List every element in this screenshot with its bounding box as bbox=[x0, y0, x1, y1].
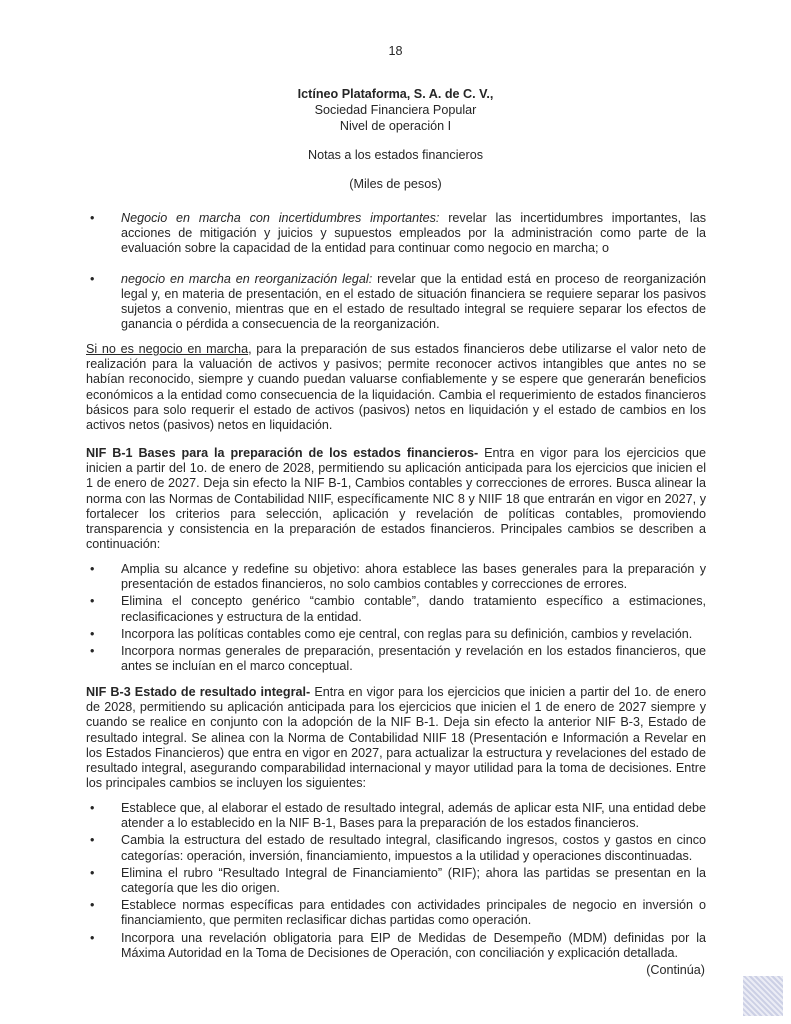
list-item: •Incorpora las políticas contables como … bbox=[86, 627, 706, 642]
list-item: •Incorpora normas generales de preparaci… bbox=[86, 644, 706, 674]
list-item: •Establece normas específicas para entid… bbox=[86, 898, 706, 928]
nif-b3-changes-list: •Establece que, al elaborar el estado de… bbox=[86, 801, 706, 963]
qr-code-icon bbox=[743, 976, 783, 1016]
item-text: Incorpora las políticas contables como e… bbox=[121, 627, 692, 641]
item-heading: Negocio en marcha con incertidumbres imp… bbox=[121, 211, 439, 225]
not-going-concern-paragraph: Si no es negocio en marcha, para la prep… bbox=[86, 342, 706, 433]
item-heading: negocio en marcha en reorganización lega… bbox=[121, 272, 372, 286]
units-label: (Miles de pesos) bbox=[0, 176, 791, 192]
paragraph-text: Entra en vigor para los ejercicios que i… bbox=[86, 685, 706, 790]
bullet-icon: • bbox=[90, 833, 94, 848]
company-type: Sociedad Financiera Popular bbox=[0, 102, 791, 118]
document-page: 18 Ictíneo Plataforma, S. A. de C. V., S… bbox=[0, 0, 791, 1024]
nif-b1-paragraph: NIF B-1 Bases para la preparación de los… bbox=[86, 446, 706, 552]
section-heading: NIF B-1 Bases para la preparación de los… bbox=[86, 446, 478, 460]
item-text: Establece normas específicas para entida… bbox=[121, 898, 706, 927]
bullet-icon: • bbox=[90, 594, 94, 609]
bullet-icon: • bbox=[90, 562, 94, 577]
bullet-icon: • bbox=[90, 272, 94, 287]
item-text: Amplia su alcance y redefine su objetivo… bbox=[121, 562, 706, 591]
list-item: • negocio en marcha en reorganización le… bbox=[86, 272, 706, 333]
list-item: •Cambia la estructura del estado de resu… bbox=[86, 833, 706, 863]
bullet-icon: • bbox=[90, 898, 94, 913]
company-name: Ictíneo Plataforma, S. A. de C. V., bbox=[0, 86, 791, 102]
going-concern-list: • Negocio en marcha con incertidumbres i… bbox=[86, 211, 706, 347]
bullet-icon: • bbox=[90, 866, 94, 881]
bullet-icon: • bbox=[90, 644, 94, 659]
list-item: • Negocio en marcha con incertidumbres i… bbox=[86, 211, 706, 257]
item-text: Elimina el concepto genérico “cambio con… bbox=[121, 594, 706, 623]
item-text: Incorpora normas generales de preparació… bbox=[121, 644, 706, 673]
page-number: 18 bbox=[0, 43, 791, 59]
list-item: •Incorpora una revelación obligatoria pa… bbox=[86, 931, 706, 961]
underlined-heading: Si no es negocio en marcha bbox=[86, 342, 248, 356]
item-text: Incorpora una revelación obligatoria par… bbox=[121, 931, 706, 960]
item-text: Cambia la estructura del estado de resul… bbox=[121, 833, 706, 862]
operation-level: Nivel de operación I bbox=[0, 118, 791, 134]
list-item: •Amplia su alcance y redefine su objetiv… bbox=[86, 562, 706, 592]
list-item: •Elimina el rubro “Resultado Integral de… bbox=[86, 866, 706, 896]
bullet-icon: • bbox=[90, 931, 94, 946]
notes-title: Notas a los estados financieros bbox=[0, 147, 791, 163]
nif-b3-paragraph: NIF B-3 Estado de resultado integral- En… bbox=[86, 685, 706, 791]
paragraph-text: Entra en vigor para los ejercicios que i… bbox=[86, 446, 706, 551]
item-text: Establece que, al elaborar el estado de … bbox=[121, 801, 706, 830]
bullet-icon: • bbox=[90, 627, 94, 642]
continues-label: (Continúa) bbox=[646, 963, 705, 977]
item-text: Elimina el rubro “Resultado Integral de … bbox=[121, 866, 706, 895]
list-item: •Elimina el concepto genérico “cambio co… bbox=[86, 594, 706, 624]
bullet-icon: • bbox=[90, 211, 94, 226]
nif-b1-changes-list: •Amplia su alcance y redefine su objetiv… bbox=[86, 562, 706, 676]
section-heading: NIF B-3 Estado de resultado integral- bbox=[86, 685, 310, 699]
list-item: •Establece que, al elaborar el estado de… bbox=[86, 801, 706, 831]
bullet-icon: • bbox=[90, 801, 94, 816]
